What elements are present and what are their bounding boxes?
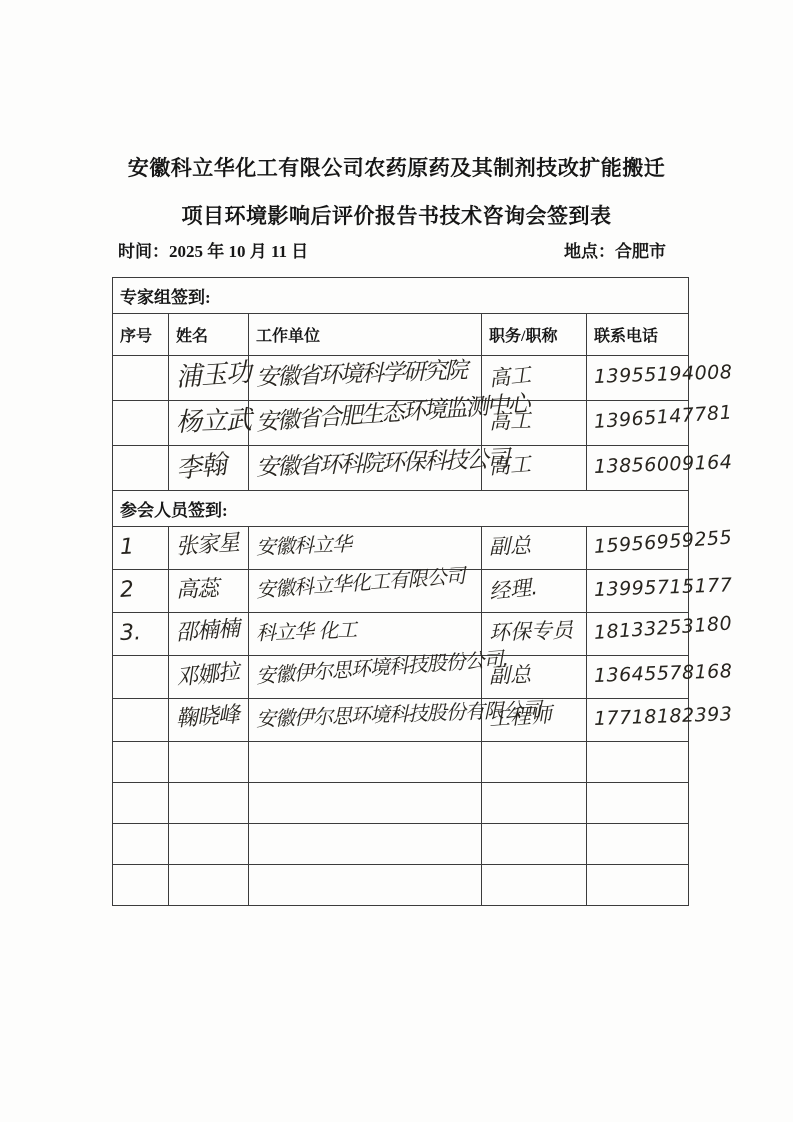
table-row-empty [113, 865, 689, 906]
empty-cell [113, 656, 169, 699]
signature-phone: 13995715177 [594, 576, 733, 600]
table-row: 2 高蕊 安徽科立华化工有限公司 经理. 13995715177 [113, 570, 689, 613]
table-row-empty [113, 824, 689, 865]
table-row: 3. 邵楠楠 科立华 化工 环保专员 18133253180 [113, 613, 689, 656]
signature-unit: 安徽科立华化工有限公司 [255, 565, 465, 600]
meeting-time: 时间：2025 年 10 月 11 日 [118, 237, 308, 262]
signature-unit: 安徽省环境科学研究院 [256, 359, 467, 389]
signature-unit: 科立华 化工 [256, 620, 357, 643]
sign-in-table: 专家组签到: 序号 姓名 工作单位 职务/职称 联系电话 浦玉功 安徽省环境科学… [112, 277, 689, 906]
empty-cell [169, 865, 249, 906]
empty-cell [169, 742, 249, 783]
header-serial: 序号 [113, 314, 169, 356]
signature-name: 邓娜拉 [175, 661, 240, 689]
table-row: 1 张家星 安徽科立华 副总 15956959255 [113, 527, 689, 570]
section-row-experts: 专家组签到: [113, 278, 689, 314]
empty-cell [482, 742, 587, 783]
empty-cell [169, 824, 249, 865]
document-title-line2: 项目环境影响后评价报告书技术咨询会签到表 [0, 200, 793, 230]
empty-cell [113, 742, 169, 783]
table-row-empty [113, 783, 689, 824]
signature-serial: 3. [120, 622, 142, 645]
empty-cell [249, 824, 482, 865]
empty-cell [249, 783, 482, 824]
empty-cell [482, 865, 587, 906]
signature-title: 高工 [488, 365, 532, 390]
section-label-attendees: 参会人员签到: [113, 491, 689, 527]
header-work-unit: 工作单位 [249, 314, 482, 356]
signature-title: 工程师 [488, 705, 552, 730]
header-position: 职务/职称 [482, 314, 587, 356]
empty-cell [113, 356, 169, 401]
signature-serial: 2 [119, 579, 135, 602]
signature-title: 高工 [488, 454, 531, 478]
empty-cell [113, 401, 169, 446]
empty-cell [587, 783, 689, 824]
table-row: 杨立武 安徽省合肥生态环境监测中心 高工 13965147781 [113, 401, 689, 446]
section-row-attendees: 参会人员签到: [113, 491, 689, 527]
empty-cell [113, 446, 169, 491]
signature-name: 邵楠楠 [175, 619, 239, 645]
scanned-sign-in-sheet: 安徽科立华化工有限公司农药原药及其制剂技改扩能搬迁 项目环境影响后评价报告书技术… [0, 0, 793, 1122]
signature-unit: 安徽科立华 [256, 534, 352, 557]
empty-cell [482, 783, 587, 824]
signature-name: 张家星 [175, 533, 239, 559]
table-row: 鞠晓峰 安徽伊尔思环境科技股份有限公司 工程师 17718182393 [113, 699, 689, 742]
meta-row: 时间：2025 年 10 月 11 日 地点：合肥市 [118, 237, 666, 262]
empty-cell [482, 824, 587, 865]
empty-cell [113, 865, 169, 906]
signature-title: 副总 [489, 665, 532, 687]
table-row: 李翰 安徽省环科院环保科技公司 高工 13856009164 [113, 446, 689, 491]
table-header-row: 序号 姓名 工作单位 职务/职称 联系电话 [113, 314, 689, 356]
signature-phone: 13645578168 [594, 662, 733, 686]
empty-cell [113, 699, 169, 742]
signature-title: 副总 [489, 536, 532, 558]
meeting-location: 地点：合肥市 [564, 237, 666, 262]
empty-cell [587, 824, 689, 865]
table-row: 邓娜拉 安徽伊尔思环境科技股份公司. 副总 13645578168 [113, 656, 689, 699]
signature-phone: 15956959255 [593, 528, 732, 557]
signature-name: 鞠晓峰 [175, 705, 239, 731]
header-phone: 联系电话 [587, 314, 689, 356]
signature-name: 李翰 [175, 452, 227, 483]
header-name: 姓名 [169, 314, 249, 356]
signature-name: 浦玉功 [175, 360, 252, 391]
table-row-empty [113, 742, 689, 783]
table-row: 浦玉功 安徽省环境科学研究院 高工 13955194008 [113, 356, 689, 401]
empty-cell [249, 865, 482, 906]
empty-cell [249, 742, 482, 783]
signature-phone: 17718182393 [594, 705, 733, 729]
empty-cell [113, 783, 169, 824]
signature-unit: 安徽省环科院环保科技公司 [256, 448, 509, 480]
empty-cell [587, 742, 689, 783]
signature-phone: 13955194008 [594, 363, 733, 387]
document-title-line1: 安徽科立华化工有限公司农药原药及其制剂技改扩能搬迁 [0, 152, 793, 182]
empty-cell [113, 824, 169, 865]
empty-cell [587, 865, 689, 906]
signature-name: 高蕊 [176, 579, 219, 602]
signature-phone: 13965147781 [593, 403, 732, 432]
signature-serial: 1 [120, 537, 135, 559]
empty-cell [169, 783, 249, 824]
section-label-experts: 专家组签到: [113, 278, 689, 314]
signature-name: 杨立武 [176, 407, 252, 436]
signature-title: 环保专员 [489, 620, 574, 644]
signature-title: 高工 [489, 411, 532, 433]
signature-phone: 13856009164 [594, 453, 733, 477]
signature-title: 经理. [488, 577, 539, 603]
signature-phone: 18133253180 [593, 614, 732, 643]
